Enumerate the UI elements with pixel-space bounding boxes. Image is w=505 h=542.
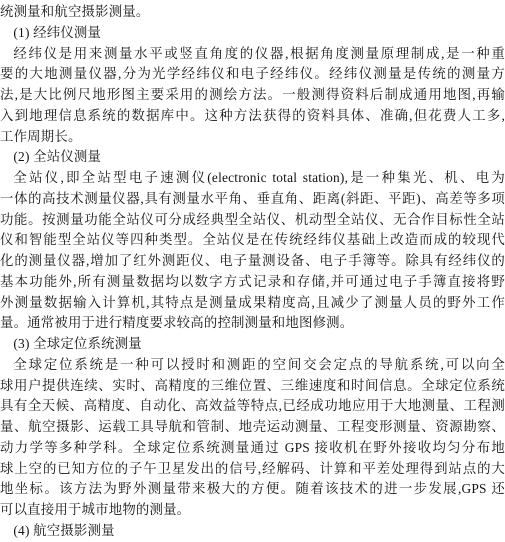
text-line: 动力学等多种学科。全球定位系统测量通过 GPS 接收机在野外接收均匀分布地 xyxy=(0,438,505,459)
text-line: 统测量和航空摄影测量。 xyxy=(0,2,505,23)
section-heading: (3) 全球定位系统测量 xyxy=(0,334,505,355)
text-line: 基本功能外,所有测量数据均以数字方式记录和存储,并可通过电子手簿直接将野 xyxy=(0,272,505,293)
text-line: 入到地理信息系统的数据库中。这种方法获得的资料具体、准确,但花费人工多, xyxy=(0,106,505,127)
text-line: 外测量数据输入计算机,其特点是测量成果精度高,且减少了测量人员的野外工作 xyxy=(0,293,505,314)
section-heading: (4) 航空摄影测量 xyxy=(0,521,505,542)
text-line: 球用户提供连续、实时、高精度的三维位置、三维速度和时间信息。全球定位系统 xyxy=(0,376,505,397)
text-line: 量、航空摄影、运载工具导航和管制、地壳运动测量、工程变形测量、资源勘察、地球 xyxy=(0,417,505,438)
text-line: 工作周期长。 xyxy=(0,127,505,148)
text-line: 地坐标。该方法为野外测量带来极大的方便。随着该技术的进一步发展,GPS 还 xyxy=(0,479,505,500)
text-line: 量。通常被用于进行精度要求较高的控制测量和地图修测。 xyxy=(0,313,505,334)
section-heading: (2) 全站仪测量 xyxy=(0,147,505,168)
text-line: 经纬仪是用来测量水平或竖直角度的仪器,根据角度测量原理制成,是一种重 xyxy=(0,44,505,65)
text-line: 具有全天候、高精度、自动化、高效益等特点,已经成功地应用于大地测量、工程测 xyxy=(0,396,505,417)
text-line: 仪和智能型全站仪等四种类型。全站仪是在传统经纬仪基础上改造而成的较现代 xyxy=(0,230,505,251)
text-line: 要的大地测量仪器,分为光学经纬仪和电子经纬仪。经纬仪测量是传统的测量方 xyxy=(0,64,505,85)
text-line: 一体的高技术测量仪器,具有测量水平角、垂直角、距离(斜距、平距)、高差等多项 xyxy=(0,189,505,210)
text-line: 法,是大比例尺地形图主要采用的测绘方法。一般测得资料后制成通用地图,再输 xyxy=(0,85,505,106)
text-line: 球上空的已知方位的子午卫星发出的信号,经解码、计算和平差处理得到站点的大 xyxy=(0,459,505,480)
text-line: 功能。按测量功能全站仪可分成经典型全站仪、机动型全站仪、无合作目标性全站 xyxy=(0,210,505,231)
text-line: 全球定位系统是一种可以授时和测距的空间交会定点的导航系统,可以向全 xyxy=(0,355,505,376)
text-line: 可以直接用于城市地物的测量。 xyxy=(0,500,505,521)
section-heading: (1) 经纬仪测量 xyxy=(0,23,505,44)
text-line: 化的测量仪器,增加了红外测距仪、电子量测设备、电子手簿等。除具有经纬仪的 xyxy=(0,251,505,272)
document-page: 统测量和航空摄影测量。(1) 经纬仪测量经纬仪是用来测量水平或竖直角度的仪器,根… xyxy=(0,0,505,542)
text-line: 全站仪,即全站型电子速测仪(electronic total station),… xyxy=(0,168,505,189)
